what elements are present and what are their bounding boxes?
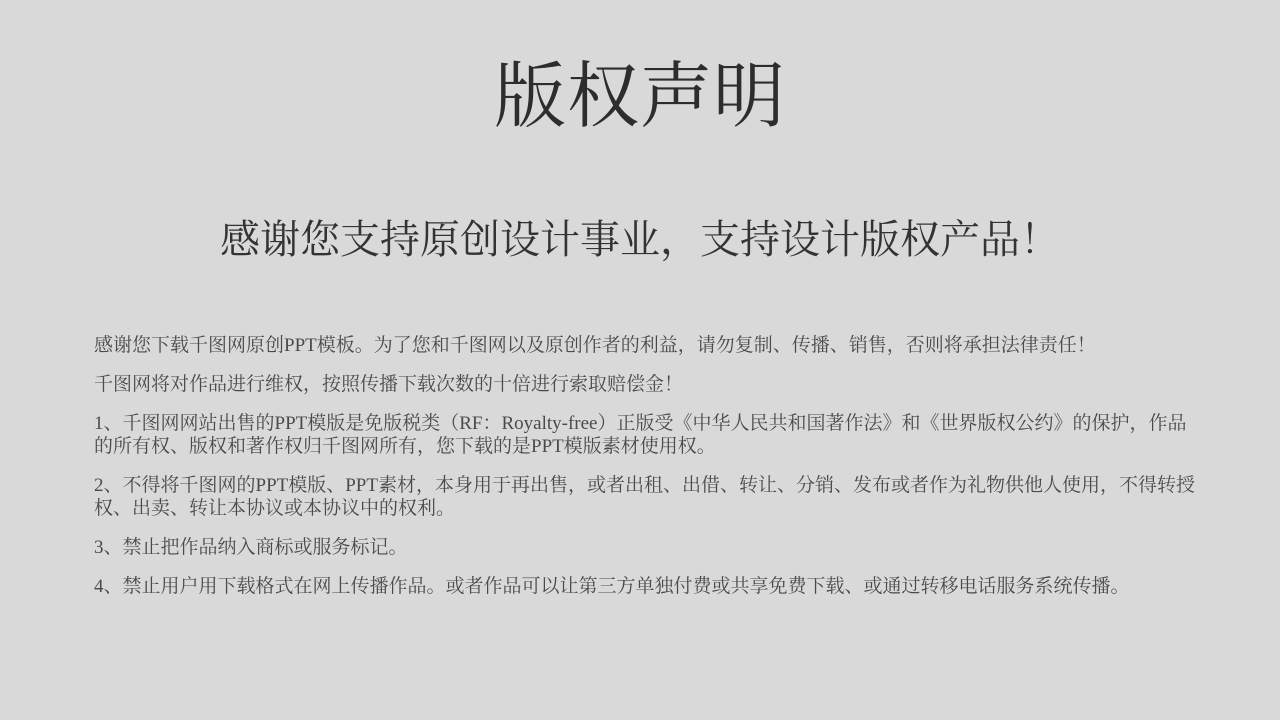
subtitle: 感谢您支持原创设计事业，支持设计版权产品！: [0, 216, 1280, 264]
terms-paragraph-item-2: 2、不得将千图网的PPT模版、PPT素材，本身用于再出售，或者出租、出借、转让、…: [94, 474, 1194, 520]
paragraph-line: 感谢您下载千图网原创PPT模板。为了您和千图网以及原创作者的利益，请勿复制、传播…: [94, 334, 1194, 357]
terms-paragraph-item-3: 3、禁止把作品纳入商标或服务标记。: [94, 536, 1194, 559]
paragraph-line: 3、禁止把作品纳入商标或服务标记。: [94, 536, 1194, 559]
terms-paragraph-intro: 感谢您下载千图网原创PPT模板。为了您和千图网以及原创作者的利益，请勿复制、传播…: [94, 334, 1194, 357]
copyright-slide: 版权声明 感谢您支持原创设计事业，支持设计版权产品！ 感谢您下载千图网原创PPT…: [0, 0, 1280, 720]
terms-text-block: 感谢您下载千图网原创PPT模板。为了您和千图网以及原创作者的利益，请勿复制、传播…: [94, 334, 1194, 614]
paragraph-line: 权、出卖、转让本协议或本协议中的权利。: [94, 497, 1194, 520]
paragraph-line: 1、千图网网站出售的PPT模版是免版税类（RF：Royalty-free）正版受…: [94, 412, 1194, 435]
terms-paragraph-rights-protection: 千图网将对作品进行维权，按照传播下载次数的十倍进行索取赔偿金！: [94, 373, 1194, 396]
paragraph-line: 2、不得将千图网的PPT模版、PPT素材，本身用于再出售，或者出租、出借、转让、…: [94, 474, 1194, 497]
paragraph-line: 4、禁止用户用下载格式在网上传播作品。或者作品可以让第三方单独付费或共享免费下载…: [94, 575, 1194, 598]
paragraph-line: 千图网将对作品进行维权，按照传播下载次数的十倍进行索取赔偿金！: [94, 373, 1194, 396]
terms-paragraph-item-1: 1、千图网网站出售的PPT模版是免版税类（RF：Royalty-free）正版受…: [94, 412, 1194, 458]
page-title: 版权声明: [0, 58, 1280, 137]
paragraph-line: 的所有权、版权和著作权归千图网所有，您下载的是PPT模版素材使用权。: [94, 435, 1194, 458]
terms-paragraph-item-4: 4、禁止用户用下载格式在网上传播作品。或者作品可以让第三方单独付费或共享免费下载…: [94, 575, 1194, 598]
